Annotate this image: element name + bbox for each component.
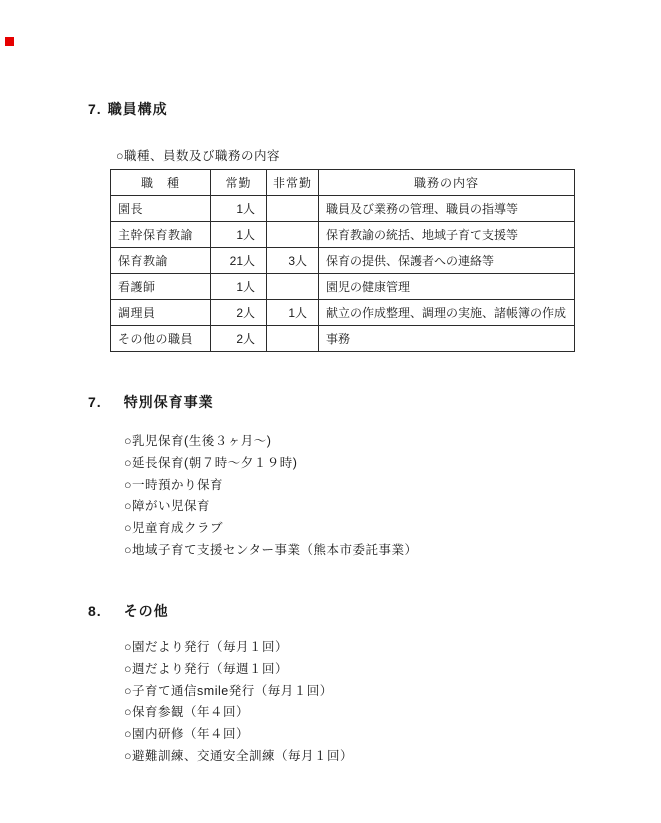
cell-parttime	[267, 222, 319, 248]
list-item: ○児童育成クラブ	[124, 518, 418, 540]
list-item: ○避難訓練、交通安全訓練（毎月１回）	[124, 746, 353, 768]
cell-parttime	[267, 196, 319, 222]
cell-fulltime: 2人	[211, 300, 267, 326]
section-number: 8.	[88, 603, 102, 619]
section-heading-staff: 7. 職員構成	[88, 99, 168, 119]
list-item: ○保育参観（年４回）	[124, 702, 353, 724]
section-number: 7.	[88, 394, 102, 410]
list-item: ○園だより発行（毎月１回）	[124, 637, 353, 659]
list-item: ○園内研修（年４回）	[124, 724, 353, 746]
cell-duties: 園児の健康管理	[319, 274, 575, 300]
cell-fulltime: 21人	[211, 248, 267, 274]
cell-duties: 献立の作成整理、調理の実施、諸帳簿の作成	[319, 300, 575, 326]
list-item: ○乳児保育(生後３ヶ月〜)	[124, 431, 418, 453]
section-title: 職員構成	[108, 99, 168, 119]
special-childcare-list: ○乳児保育(生後３ヶ月〜) ○延長保育(朝７時〜夕１９時) ○一時預かり保育 ○…	[124, 431, 418, 562]
cell-fulltime: 1人	[211, 222, 267, 248]
list-item: ○週だより発行（毎週１回）	[124, 659, 353, 681]
section-title: 特別保育事業	[124, 392, 214, 412]
section-heading-other: 8. その他	[88, 601, 169, 621]
table-row: その他の職員 2人 事務	[111, 326, 575, 352]
cell-role: 看護師	[111, 274, 211, 300]
cell-role: 保育教諭	[111, 248, 211, 274]
cell-duties: 保育の提供、保護者への連絡等	[319, 248, 575, 274]
list-item: ○地域子育て支援センター事業（熊本市委託事業）	[124, 540, 418, 562]
cell-parttime	[267, 326, 319, 352]
red-square-marker	[5, 37, 14, 46]
table-header-row: 職 種 常勤 非常勤 職務の内容	[111, 170, 575, 196]
cell-fulltime: 1人	[211, 196, 267, 222]
cell-fulltime: 1人	[211, 274, 267, 300]
cell-role: 主幹保育教諭	[111, 222, 211, 248]
col-header-fulltime: 常勤	[211, 170, 267, 196]
cell-duties: 職員及び業務の管理、職員の指導等	[319, 196, 575, 222]
col-header-parttime: 非常勤	[267, 170, 319, 196]
section-number: 7.	[88, 101, 102, 117]
list-item: ○延長保育(朝７時〜夕１９時)	[124, 453, 418, 475]
cell-role: 園長	[111, 196, 211, 222]
section-title: その他	[124, 601, 169, 621]
table-row: 看護師 1人 園児の健康管理	[111, 274, 575, 300]
table-row: 園長 1人 職員及び業務の管理、職員の指導等	[111, 196, 575, 222]
table-row: 保育教諭 21人 3人 保育の提供、保護者への連絡等	[111, 248, 575, 274]
list-item: ○子育て通信smile発行（毎月１回）	[124, 681, 353, 703]
cell-fulltime: 2人	[211, 326, 267, 352]
staff-table-note: ○職種、員数及び職務の内容	[116, 146, 280, 164]
section-heading-special-childcare: 7. 特別保育事業	[88, 392, 214, 412]
col-header-role: 職 種	[111, 170, 211, 196]
list-item: ○一時預かり保育	[124, 475, 418, 497]
table-row: 主幹保育教諭 1人 保育教諭の統括、地域子育て支援等	[111, 222, 575, 248]
staff-table: 職 種 常勤 非常勤 職務の内容 園長 1人 職員及び業務の管理、職員の指導等 …	[110, 169, 575, 352]
cell-parttime: 1人	[267, 300, 319, 326]
cell-parttime	[267, 274, 319, 300]
cell-role: その他の職員	[111, 326, 211, 352]
list-item: ○障がい児保育	[124, 496, 418, 518]
other-activities-list: ○園だより発行（毎月１回） ○週だより発行（毎週１回） ○子育て通信smile発…	[124, 637, 353, 768]
cell-duties: 保育教諭の統括、地域子育て支援等	[319, 222, 575, 248]
cell-role: 調理員	[111, 300, 211, 326]
cell-parttime: 3人	[267, 248, 319, 274]
cell-duties: 事務	[319, 326, 575, 352]
col-header-duties: 職務の内容	[319, 170, 575, 196]
table-row: 調理員 2人 1人 献立の作成整理、調理の実施、諸帳簿の作成	[111, 300, 575, 326]
document-page: 7. 職員構成 ○職種、員数及び職務の内容 職 種 常勤 非常勤 職務の内容 園…	[0, 0, 661, 823]
